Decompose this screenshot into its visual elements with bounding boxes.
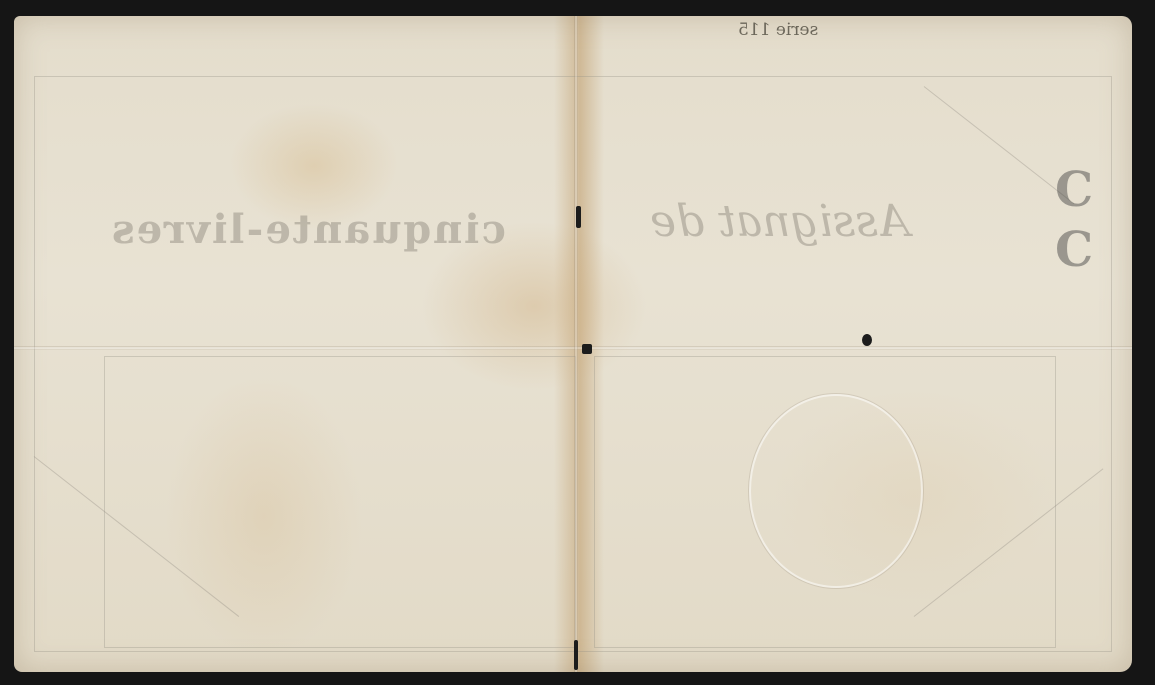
- serie-label: serie 115: [738, 20, 818, 40]
- tear-hole: [574, 640, 578, 670]
- tear-hole: [582, 344, 592, 354]
- heading-text: Assignat de: [650, 196, 910, 247]
- banknote-paper: [14, 16, 1132, 672]
- tear-hole: [576, 206, 581, 228]
- tear-hole: [862, 334, 872, 346]
- stamp-mark: CC: [1055, 160, 1110, 420]
- vertical-fold: [574, 16, 578, 672]
- horizontal-fold: [14, 346, 1132, 350]
- embossed-seal: [749, 394, 923, 588]
- denomination-text: cinquante-livres: [110, 206, 506, 253]
- lower-left-panel: [104, 356, 576, 648]
